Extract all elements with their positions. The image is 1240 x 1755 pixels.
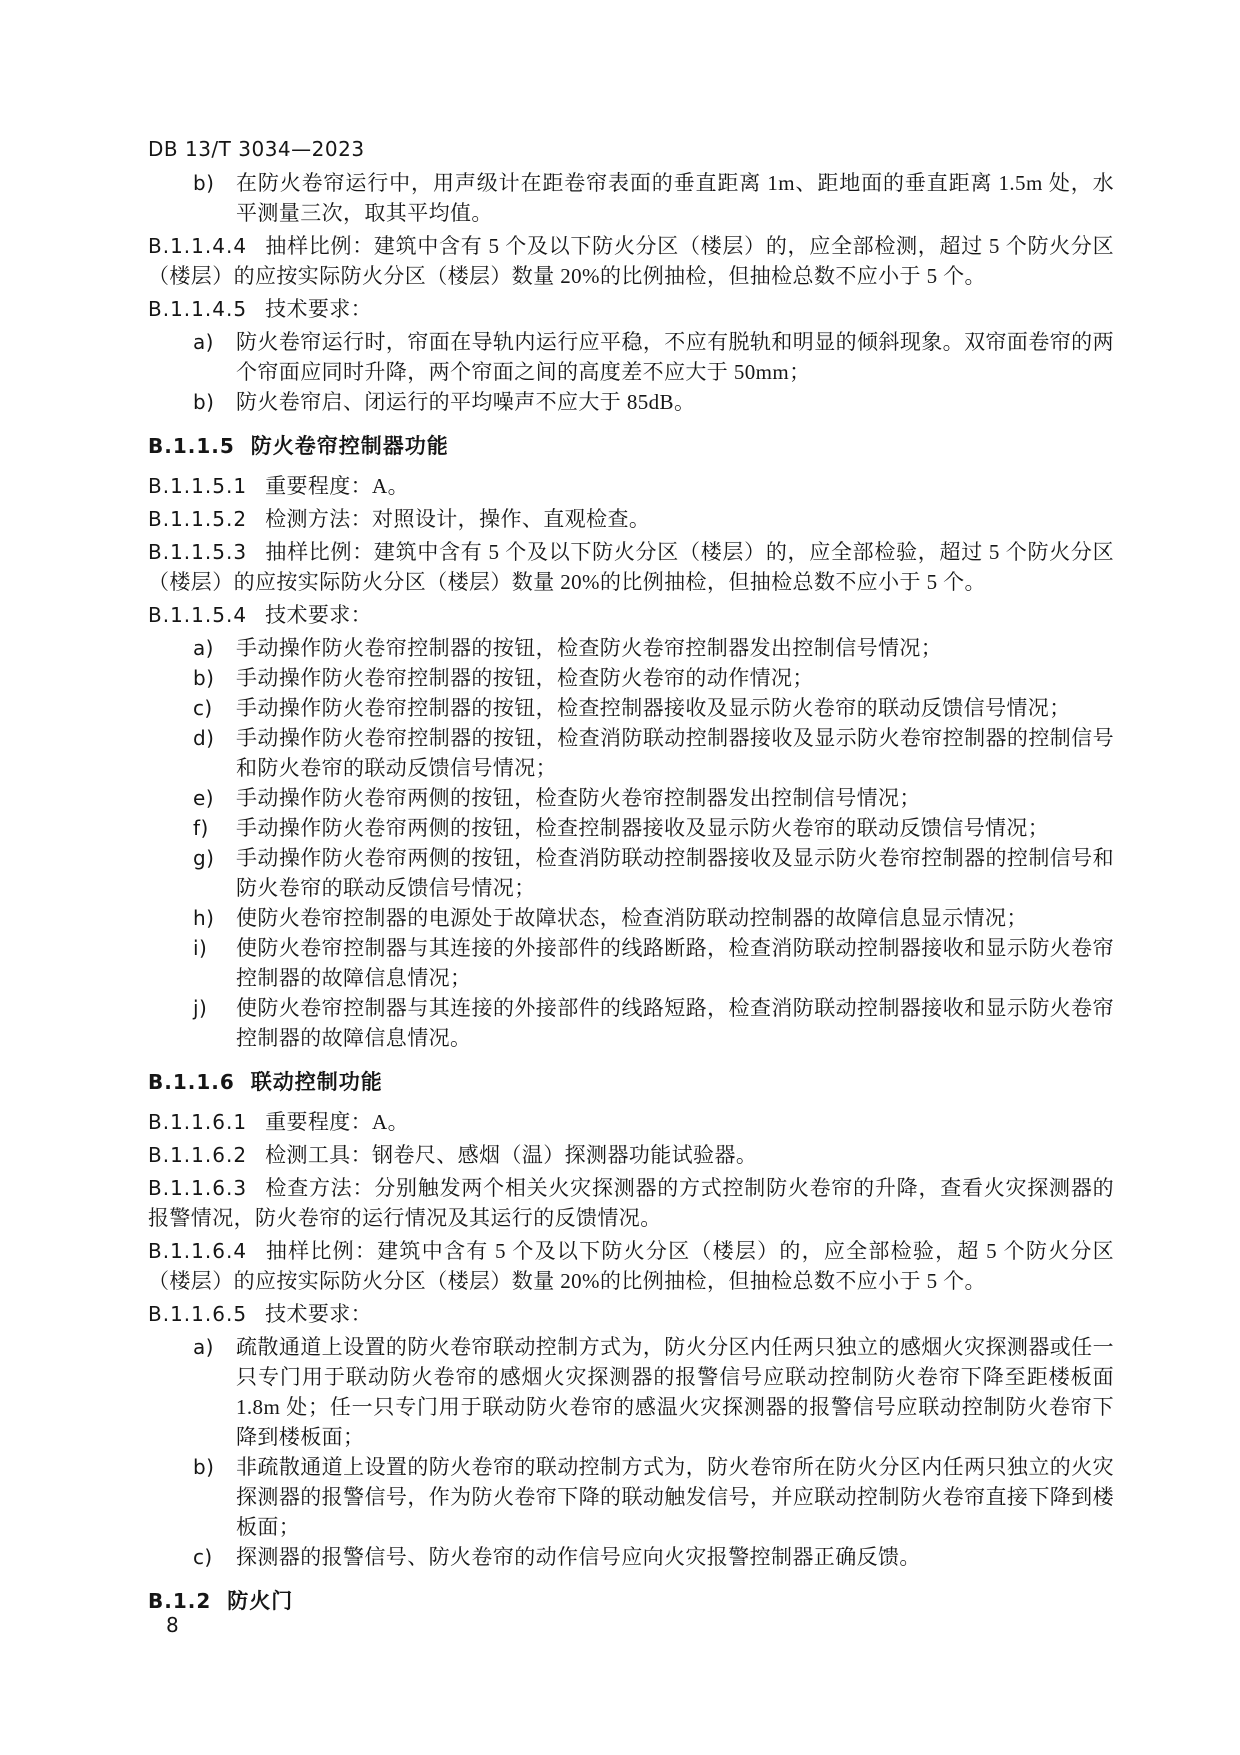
clause-number: B.1.1.5.4 bbox=[148, 603, 265, 627]
list-item-text: 手动操作防火卷帘两侧的按钮，检查防火卷帘控制器发出控制信号情况； bbox=[236, 783, 1114, 813]
clause-text: 抽样比例：建筑中含有 5 个及以下防火分区（楼层）的，应全部检验，超 5 个防火… bbox=[148, 1239, 1114, 1293]
list-item-marker: h) bbox=[193, 903, 236, 933]
clause-text: 检查方法：分别触发两个相关火灾探测器的方式控制防火卷帘的升降，查看火灾探测器的报… bbox=[148, 1176, 1114, 1230]
list-item-marker: a) bbox=[193, 633, 236, 663]
clause-text: 检测工具：钢卷尺、感烟（温）探测器功能试验器。 bbox=[265, 1143, 757, 1167]
list-item-text: 使防火卷帘控制器的电源处于故障状态，检查消防联动控制器的故障信息显示情况； bbox=[236, 903, 1114, 933]
clause-paragraph: B.1.1.6.1重要程度：A。 bbox=[148, 1107, 1114, 1137]
list-item-text: 手动操作防火卷帘两侧的按钮，检查控制器接收及显示防火卷帘的联动反馈信号情况； bbox=[236, 813, 1114, 843]
section-title: 防火卷帘控制器功能 bbox=[251, 434, 449, 458]
section-heading: B.1.1.6联动控制功能 bbox=[148, 1067, 1114, 1097]
clause-number: B.1.1.5.1 bbox=[148, 474, 265, 498]
clause-paragraph: B.1.1.6.4抽样比例：建筑中含有 5 个及以下防火分区（楼层）的，应全部检… bbox=[148, 1236, 1114, 1296]
clause-paragraph: B.1.1.6.3检查方法：分别触发两个相关火灾探测器的方式控制防火卷帘的升降，… bbox=[148, 1173, 1114, 1233]
clause-text: 技术要求： bbox=[265, 603, 372, 627]
list-item: c)探测器的报警信号、防火卷帘的动作信号应向火灾报警控制器正确反馈。 bbox=[148, 1542, 1114, 1572]
clause-number: B.1.1.6.5 bbox=[148, 1302, 265, 1326]
list-item: h)使防火卷帘控制器的电源处于故障状态，检查消防联动控制器的故障信息显示情况； bbox=[148, 903, 1114, 933]
list-item-text: 手动操作防火卷帘控制器的按钮，检查防火卷帘控制器发出控制信号情况； bbox=[236, 633, 1114, 663]
clause-text: 重要程度：A。 bbox=[265, 474, 409, 498]
list-item: a)防火卷帘运行时，帘面在导轨内运行应平稳，不应有脱轨和明显的倾斜现象。双帘面卷… bbox=[148, 327, 1114, 387]
section-heading: B.1.1.5防火卷帘控制器功能 bbox=[148, 431, 1114, 461]
list-item-marker: b) bbox=[193, 1452, 236, 1542]
clause-number: B.1.1.4.4 bbox=[148, 234, 265, 258]
section-title: 防火门 bbox=[227, 1589, 293, 1613]
list-item-text: 手动操作防火卷帘控制器的按钮，检查控制器接收及显示防火卷帘的联动反馈信号情况； bbox=[236, 693, 1114, 723]
list-item-marker: b) bbox=[193, 168, 236, 228]
clause-paragraph: B.1.1.6.2检测工具：钢卷尺、感烟（温）探测器功能试验器。 bbox=[148, 1140, 1114, 1170]
list-item: c)手动操作防火卷帘控制器的按钮，检查控制器接收及显示防火卷帘的联动反馈信号情况… bbox=[148, 693, 1114, 723]
clause-paragraph: B.1.1.5.4技术要求： bbox=[148, 600, 1114, 630]
item-list: a)防火卷帘运行时，帘面在导轨内运行应平稳，不应有脱轨和明显的倾斜现象。双帘面卷… bbox=[148, 327, 1114, 417]
clause-number: B.1.1.5.2 bbox=[148, 507, 265, 531]
list-item-marker: g) bbox=[193, 843, 236, 903]
list-item-text: 非疏散通道上设置的防火卷帘的联动控制方式为，防火卷帘所在防火分区内任两只独立的火… bbox=[236, 1452, 1114, 1542]
clause-text: 抽样比例：建筑中含有 5 个及以下防火分区（楼层）的，应全部检测，超过 5 个防… bbox=[148, 234, 1114, 288]
document-content: b)在防火卷帘运行中，用声级计在距卷帘表面的垂直距离 1m、距地面的垂直距离 1… bbox=[148, 168, 1114, 1626]
clause-paragraph: B.1.1.5.3抽样比例：建筑中含有 5 个及以下防火分区（楼层）的，应全部检… bbox=[148, 537, 1114, 597]
clause-number: B.1.1.6.4 bbox=[148, 1239, 265, 1263]
page-number: 8 bbox=[166, 1613, 179, 1637]
item-list: a)手动操作防火卷帘控制器的按钮，检查防火卷帘控制器发出控制信号情况；b)手动操… bbox=[148, 633, 1114, 1053]
list-item-text: 手动操作防火卷帘控制器的按钮，检查防火卷帘的动作情况； bbox=[236, 663, 1114, 693]
clause-text: 重要程度：A。 bbox=[265, 1110, 409, 1134]
section-number: B.1.2 bbox=[148, 1589, 227, 1613]
list-item-marker: c) bbox=[193, 693, 236, 723]
list-item: a)疏散通道上设置的防火卷帘联动控制方式为，防火分区内任两只独立的感烟火灾探测器… bbox=[148, 1332, 1114, 1452]
document-code: DB 13/T 3034—2023 bbox=[148, 137, 365, 161]
list-item-marker: b) bbox=[193, 387, 236, 417]
list-item-marker: a) bbox=[193, 1332, 236, 1452]
list-item-text: 使防火卷帘控制器与其连接的外接部件的线路短路，检查消防联动控制器接收和显示防火卷… bbox=[236, 993, 1114, 1053]
section-number: B.1.1.6 bbox=[148, 1070, 251, 1094]
section-heading: B.1.2防火门 bbox=[148, 1586, 1114, 1616]
clause-text: 抽样比例：建筑中含有 5 个及以下防火分区（楼层）的，应全部检验，超过 5 个防… bbox=[148, 540, 1114, 594]
list-item-marker: j) bbox=[193, 993, 236, 1053]
list-item-text: 手动操作防火卷帘两侧的按钮，检查消防联动控制器接收及显示防火卷帘控制器的控制信号… bbox=[236, 843, 1114, 903]
clause-number: B.1.1.6.1 bbox=[148, 1110, 265, 1134]
list-item-marker: a) bbox=[193, 327, 236, 387]
list-item: b)手动操作防火卷帘控制器的按钮，检查防火卷帘的动作情况； bbox=[148, 663, 1114, 693]
clause-paragraph: B.1.1.4.5技术要求： bbox=[148, 294, 1114, 324]
clause-number: B.1.1.4.5 bbox=[148, 297, 265, 321]
list-item: b)在防火卷帘运行中，用声级计在距卷帘表面的垂直距离 1m、距地面的垂直距离 1… bbox=[148, 168, 1114, 228]
clause-paragraph: B.1.1.5.1重要程度：A。 bbox=[148, 471, 1114, 501]
list-item-text: 防火卷帘运行时，帘面在导轨内运行应平稳，不应有脱轨和明显的倾斜现象。双帘面卷帘的… bbox=[236, 327, 1114, 387]
section-title: 联动控制功能 bbox=[251, 1070, 383, 1094]
list-item: i)使防火卷帘控制器与其连接的外接部件的线路断路，检查消防联动控制器接收和显示防… bbox=[148, 933, 1114, 993]
clause-paragraph: B.1.1.5.2检测方法：对照设计，操作、直观检查。 bbox=[148, 504, 1114, 534]
list-item: b)防火卷帘启、闭运行的平均噪声不应大于 85dB。 bbox=[148, 387, 1114, 417]
clause-number: B.1.1.6.2 bbox=[148, 1143, 265, 1167]
list-item-marker: i) bbox=[193, 933, 236, 993]
list-item-text: 手动操作防火卷帘控制器的按钮，检查消防联动控制器接收及显示防火卷帘控制器的控制信… bbox=[236, 723, 1114, 783]
list-item: a)手动操作防火卷帘控制器的按钮，检查防火卷帘控制器发出控制信号情况； bbox=[148, 633, 1114, 663]
list-item: d)手动操作防火卷帘控制器的按钮，检查消防联动控制器接收及显示防火卷帘控制器的控… bbox=[148, 723, 1114, 783]
item-list: b)在防火卷帘运行中，用声级计在距卷帘表面的垂直距离 1m、距地面的垂直距离 1… bbox=[148, 168, 1114, 228]
item-list: a)疏散通道上设置的防火卷帘联动控制方式为，防火分区内任两只独立的感烟火灾探测器… bbox=[148, 1332, 1114, 1572]
section-number: B.1.1.5 bbox=[148, 434, 251, 458]
clause-paragraph: B.1.1.6.5技术要求： bbox=[148, 1299, 1114, 1329]
clause-number: B.1.1.5.3 bbox=[148, 540, 265, 564]
list-item-text: 探测器的报警信号、防火卷帘的动作信号应向火灾报警控制器正确反馈。 bbox=[236, 1542, 1114, 1572]
clause-number: B.1.1.6.3 bbox=[148, 1176, 265, 1200]
list-item-text: 在防火卷帘运行中，用声级计在距卷帘表面的垂直距离 1m、距地面的垂直距离 1.5… bbox=[236, 168, 1114, 228]
clause-text: 技术要求： bbox=[265, 1302, 372, 1326]
list-item-marker: e) bbox=[193, 783, 236, 813]
list-item-marker: b) bbox=[193, 663, 236, 693]
clause-paragraph: B.1.1.4.4抽样比例：建筑中含有 5 个及以下防火分区（楼层）的，应全部检… bbox=[148, 231, 1114, 291]
clause-text: 技术要求： bbox=[265, 297, 372, 321]
list-item-marker: c) bbox=[193, 1542, 236, 1572]
list-item-text: 使防火卷帘控制器与其连接的外接部件的线路断路，检查消防联动控制器接收和显示防火卷… bbox=[236, 933, 1114, 993]
list-item: g)手动操作防火卷帘两侧的按钮，检查消防联动控制器接收及显示防火卷帘控制器的控制… bbox=[148, 843, 1114, 903]
list-item-marker: f) bbox=[193, 813, 236, 843]
list-item-text: 防火卷帘启、闭运行的平均噪声不应大于 85dB。 bbox=[236, 387, 1114, 417]
document-page: DB 13/T 3034—2023 b)在防火卷帘运行中，用声级计在距卷帘表面的… bbox=[0, 0, 1240, 1755]
list-item: e)手动操作防火卷帘两侧的按钮，检查防火卷帘控制器发出控制信号情况； bbox=[148, 783, 1114, 813]
list-item-marker: d) bbox=[193, 723, 236, 783]
list-item: f)手动操作防火卷帘两侧的按钮，检查控制器接收及显示防火卷帘的联动反馈信号情况； bbox=[148, 813, 1114, 843]
list-item-text: 疏散通道上设置的防火卷帘联动控制方式为，防火分区内任两只独立的感烟火灾探测器或任… bbox=[236, 1332, 1114, 1452]
list-item: b)非疏散通道上设置的防火卷帘的联动控制方式为，防火卷帘所在防火分区内任两只独立… bbox=[148, 1452, 1114, 1542]
clause-text: 检测方法：对照设计，操作、直观检查。 bbox=[265, 507, 650, 531]
list-item: j)使防火卷帘控制器与其连接的外接部件的线路短路，检查消防联动控制器接收和显示防… bbox=[148, 993, 1114, 1053]
